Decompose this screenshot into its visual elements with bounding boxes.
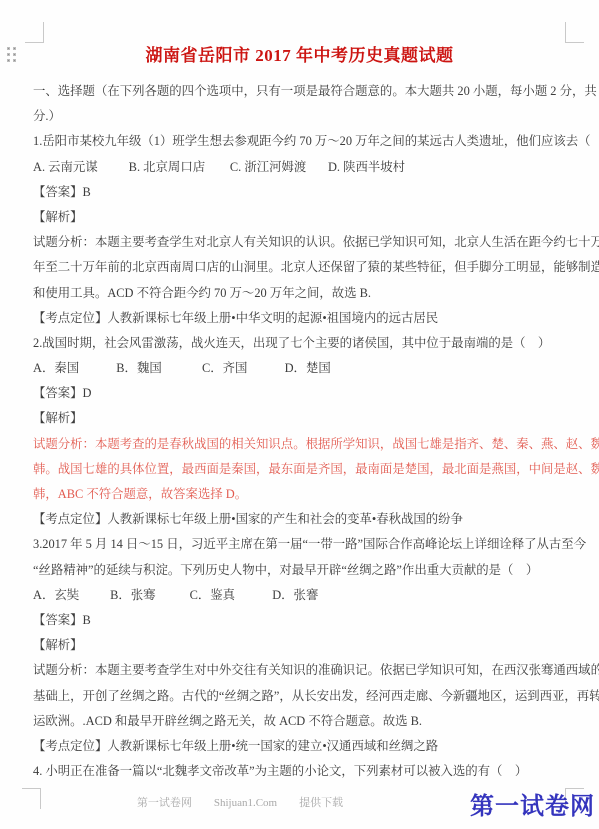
text-line: 基础上，开创了丝绸之路。古代的“丝绸之路”，从长安出发，经河西走廊、今新疆地区，… bbox=[33, 684, 578, 709]
footer-site-name: 第一试卷网 bbox=[137, 797, 192, 809]
text-line: 和使用工具。ACD 不符合距今约 70 万～20 万年之间，故选 B. bbox=[33, 281, 578, 306]
page-title: 湖南省岳阳市 2017 年中考历史真题试题 bbox=[0, 41, 599, 66]
cropmark-top-left bbox=[25, 22, 44, 43]
document-page: 湖南省岳阳市 2017 年中考历史真题试题 一、选择题（在下列各题的四个选项中，… bbox=[0, 0, 599, 829]
site-logo: 第一试卷网 bbox=[470, 786, 595, 821]
text-line: 试题分析：本题主要考查学生对中外交往有关知识的准确识记。依据已学知识可知，在西汉… bbox=[33, 658, 578, 683]
cropmark-top-right bbox=[565, 22, 584, 43]
text-line: 【答案】B bbox=[33, 180, 578, 205]
text-line: 分.） bbox=[33, 104, 578, 129]
footer-site-url: Shijuan1.Com bbox=[214, 797, 277, 809]
footer: 第一试卷网Shijuan1.Com提供下载 bbox=[0, 794, 480, 810]
text-line: 试题分析：本题主要考查学生对北京人有关知识的认识。依据已学知识可知，北京人生活在… bbox=[33, 230, 578, 255]
text-line: 【解析】 bbox=[33, 205, 578, 230]
text-line: 韩，ABC 不符合题意，故答案选择 D。 bbox=[33, 482, 578, 507]
text-line: 【考点定位】人教新课标七年级上册•中华文明的起源•祖国境内的远古居民 bbox=[33, 306, 578, 331]
footer-download-note: 提供下载 bbox=[299, 797, 343, 809]
text-line: 一、选择题（在下列各题的四个选项中，只有一项是最符合题意的。本大题共 20 小题… bbox=[33, 79, 578, 104]
text-line: 【考点定位】人教新课标七年级上册•统一国家的建立•汉通西域和丝绸之路 bbox=[33, 734, 578, 759]
text-line: 2.战国时期，社会风雷激荡，战火连天，出现了七个主要的诸侯国，其中位于最南端的是… bbox=[33, 331, 578, 356]
text-line: 【解析】 bbox=[33, 633, 578, 658]
text-line: 【解析】 bbox=[33, 406, 578, 431]
text-line: A．玄奘 B．张骞 C．鉴真 D．张謇 bbox=[33, 583, 578, 608]
text-line: 【答案】D bbox=[33, 381, 578, 406]
text-line: A．秦国 B．魏国 C．齐国 D．楚国 bbox=[33, 356, 578, 381]
text-line: 【考点定位】人教新课标七年级上册•国家的产生和社会的变革•春秋战国的纷争 bbox=[33, 507, 578, 532]
text-line: 【答案】B bbox=[33, 608, 578, 633]
text-line: 4. 小明正在准备一篇以“北魏孝文帝改革”为主题的小论文，下列素材可以被入选的有… bbox=[33, 759, 578, 784]
text-line: A. 云南元谋 B. 北京周口店 C. 浙江河姆渡 D. 陕西半坡村 bbox=[33, 155, 578, 180]
text-line: 运欧洲。.ACD 和最早开辟丝绸之路无关，故 ACD 不符合题意。故选 B. bbox=[33, 709, 578, 734]
text-line: 年至二十万年前的北京西南周口店的山洞里。北京人还保留了猿的某些特征，但手脚分工明… bbox=[33, 255, 578, 280]
text-line: “丝路精神”的延续与积淀。下列历史人物中，对最早开辟“丝绸之路”作出重大贡献的是… bbox=[33, 558, 578, 583]
text-line: 韩。战国七雄的具体位置，最西面是秦国，最东面是齐国，最南面是楚国，最北面是燕国，… bbox=[33, 457, 578, 482]
document-lines: 一、选择题（在下列各题的四个选项中，只有一项是最符合题意的。本大题共 20 小题… bbox=[33, 79, 578, 784]
text-line: 1.岳阳市某校九年级（1）班学生想去参观距今约 70 万～20 万年之间的某远古… bbox=[33, 129, 578, 154]
text-line: 3.2017 年 5 月 14 日～15 日，习近平主席在第一届“一带一路”国际… bbox=[33, 532, 578, 557]
text-line: 试题分析：本题考查的是春秋战国的相关知识点。根据所学知识，战国七雄是指齐、楚、秦… bbox=[33, 432, 578, 457]
